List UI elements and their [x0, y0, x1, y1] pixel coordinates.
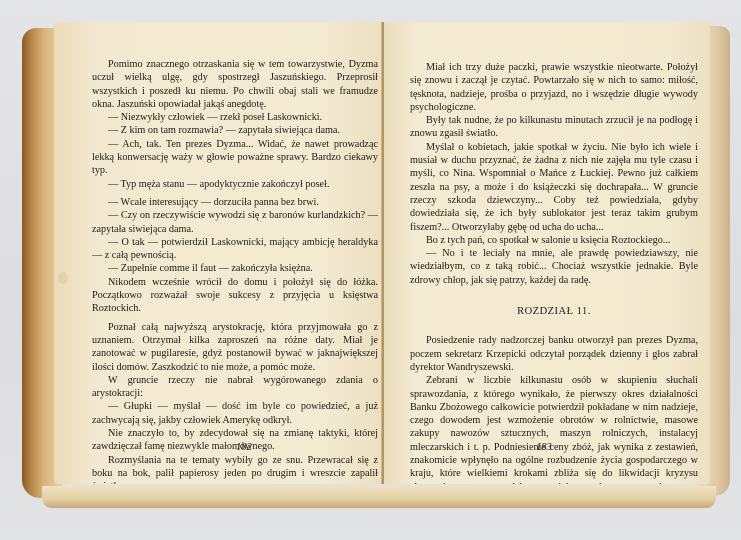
bottom-page-edges [42, 486, 716, 508]
paragraph: Zebrani w liczbie kilkunastu osób w skup… [410, 374, 698, 484]
paragraph: — Ach, tak. Ten prezes Dyzma... Widać, ż… [92, 138, 378, 178]
page-number: 183 [536, 442, 552, 453]
paragraph: — Niezwykły człowiek — rzekł poseł Lasko… [92, 111, 378, 124]
chapter-heading: ROZDZIAŁ 11. [410, 305, 698, 318]
left-page: Pomimo znacznego otrzaskania się w tem t… [54, 22, 384, 484]
paragraph: — Z kim on tam rozmawia? — zapytała siwi… [92, 124, 378, 137]
paragraph: — Typ męża stanu — apodyktycznie zakończ… [92, 178, 378, 191]
paragraph: — Głupki — myślał — dość im byle co powi… [92, 400, 378, 427]
paragraph: Rozmyślania na te tematy wybiły go ze sn… [92, 454, 378, 484]
right-page: Miał ich trzy duże paczki, prawie wszyst… [384, 22, 710, 484]
paragraph: — Zupełnie comme il faut — zakończyła ks… [92, 262, 378, 275]
paragraph: Myślał o kobietach, jakie spotkał w życi… [410, 141, 698, 234]
paragraph: Bo z tych pań, co spotkał w salonie u ks… [410, 234, 698, 247]
left-page-text: Pomimo znacznego otrzaskania się w tem t… [92, 58, 378, 484]
right-page-text: Miał ich trzy duże paczki, prawie wszyst… [410, 61, 698, 484]
paragraph: Nie znaczyło to, by zdecydował się na zm… [92, 427, 378, 454]
paragraph: Poznał całą najwyższą arystokrację, któr… [92, 321, 378, 374]
paragraph: W gruncie rzeczy nie nabrał wygórowanego… [92, 374, 378, 401]
paragraph: — O tak — potwierdził Laskownicki, mając… [92, 236, 378, 263]
open-book: Pomimo znacznego otrzaskania się w tem t… [22, 20, 730, 508]
paragraph: Były tak nudne, że po kilkunastu minutac… [410, 114, 698, 141]
paragraph: Miał ich trzy duże paczki, prawie wszyst… [410, 61, 698, 114]
paragraph: — Czy on rzeczywiście wywodzi się z baro… [92, 209, 378, 236]
paragraph: Pomimo znacznego otrzaskania się w tem t… [92, 58, 378, 111]
page-number: 182 [236, 442, 252, 453]
paragraph: — Wcale interesujący — dorzuciła panna b… [92, 196, 378, 209]
paragraph: Posiedzenie rady nadzorczej banku otworz… [410, 334, 698, 374]
paragraph: — No i te leciały na mnie, ale prawdę po… [410, 247, 698, 287]
paragraph: Nikodem wcześnie wrócił do domu i położy… [92, 276, 378, 316]
foxing-stain [58, 272, 68, 284]
